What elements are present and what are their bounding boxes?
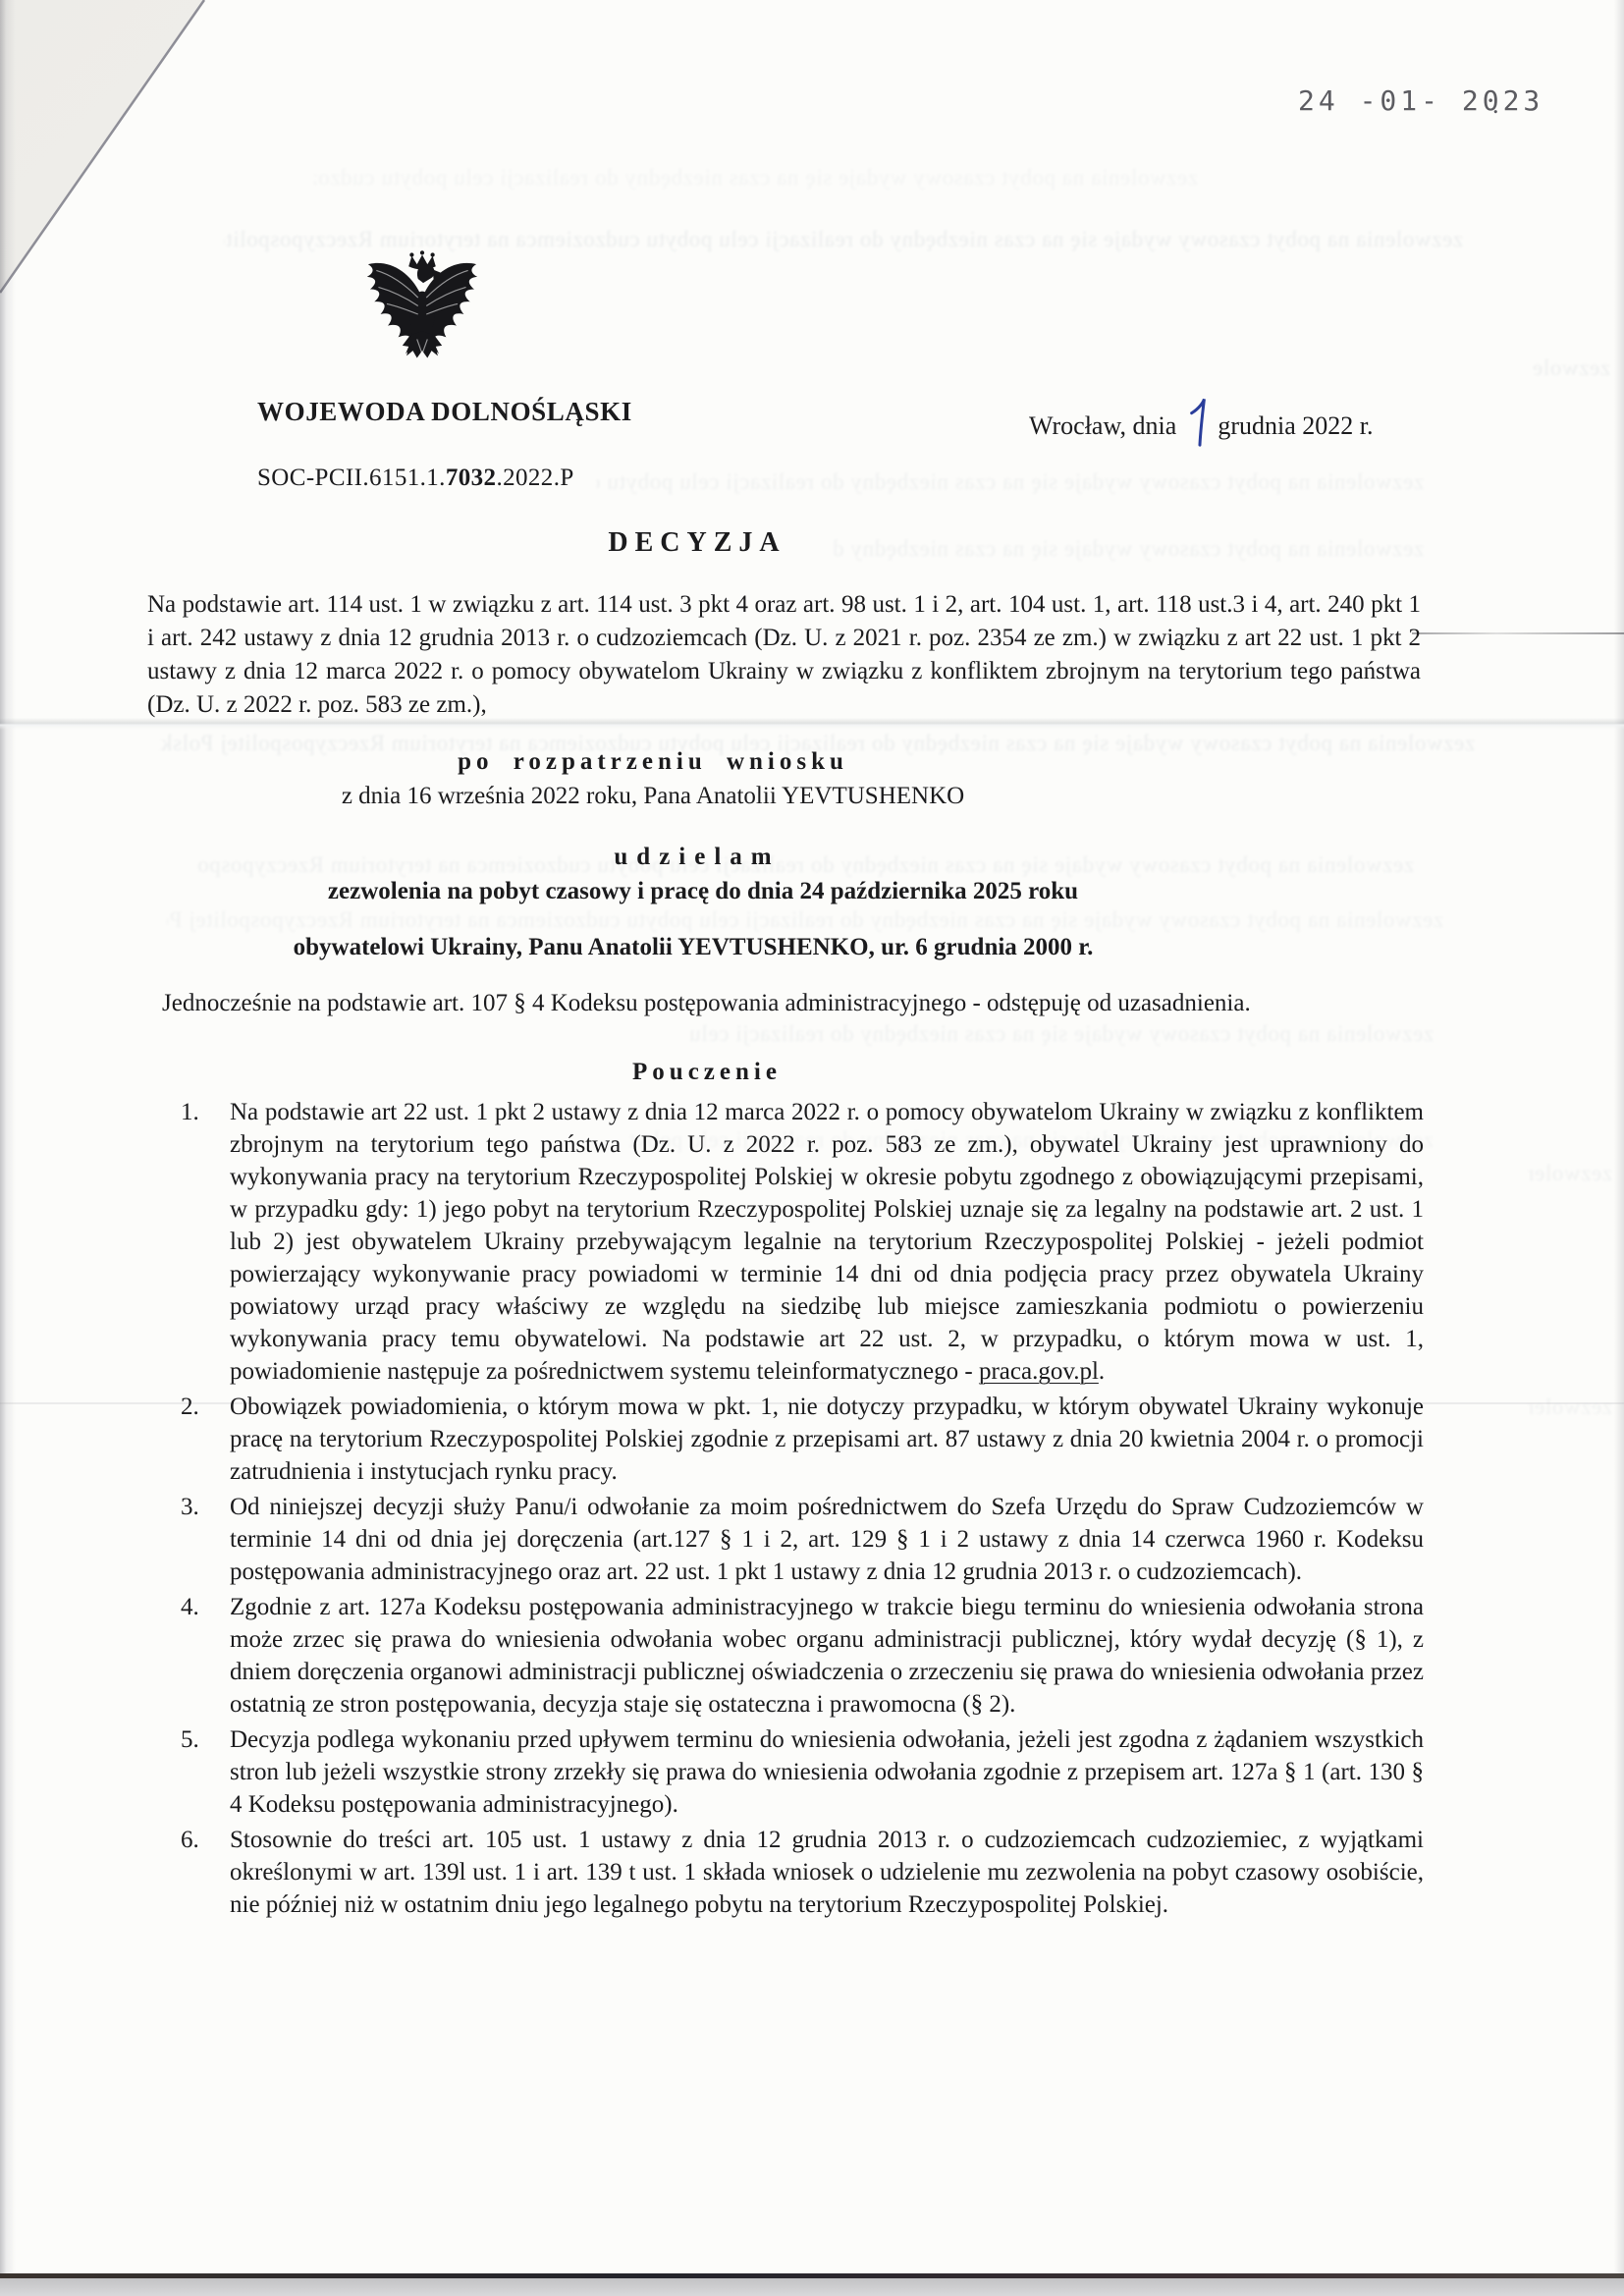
received-date-stamp: 24 -01- 2023 bbox=[1298, 84, 1543, 117]
scan-crease-right-segment bbox=[1412, 632, 1624, 634]
consideration-heading: po rozpatrzeniu wniosku bbox=[0, 748, 1306, 776]
bleedthrough-text: zezwolenia na pobyt czasowy wydaje się n… bbox=[1532, 355, 1610, 381]
scanned-decision-document: zezwolenia na pobyt czasowy wydaje się n… bbox=[0, 0, 1624, 2296]
justification-waiver-line: Jednocześnie na podstawie art. 107 § 4 K… bbox=[162, 990, 1434, 1017]
item-text: Na podstawie art 22 ust. 1 pkt 2 ustawy … bbox=[230, 1096, 1424, 1388]
place-date-suffix: grudnia 2022 r. bbox=[1218, 411, 1373, 440]
scan-left-edge-shadow bbox=[0, 0, 16, 2296]
scan-bottom-background bbox=[0, 2278, 1624, 2296]
item-number: 4. bbox=[181, 1591, 230, 1721]
item-number: 1. bbox=[181, 1096, 230, 1388]
item-text-before: Na podstawie art 22 ust. 1 pkt 2 ustawy … bbox=[230, 1099, 1424, 1385]
praca-gov-pl-link-text: praca.gov.pl bbox=[979, 1358, 1099, 1385]
item-number: 2. bbox=[181, 1391, 230, 1488]
bleedthrough-text: zezwolenia na pobyt czasowy wydaje się n… bbox=[687, 1021, 1434, 1047]
case-number-suffix: .2022.P bbox=[496, 465, 573, 491]
case-number-prefix: SOC-PCII.6151.1. bbox=[257, 465, 446, 491]
application-line: z dnia 16 września 2022 roku, Pana Anato… bbox=[0, 783, 1306, 810]
place-date-prefix: Wrocław, dnia bbox=[1029, 411, 1176, 440]
scan-fold-corner bbox=[0, 0, 204, 293]
pouczenie-item-5: 5. Decyzja podlega wykonaniu przed upływ… bbox=[181, 1723, 1424, 1821]
item-text: Od niniejszej decyzji służy Panu/i odwoł… bbox=[230, 1491, 1424, 1588]
legal-basis-paragraph: Na podstawie art. 114 ust. 1 w związku z… bbox=[147, 588, 1421, 722]
bleedthrough-text: zezwolenia na pobyt czasowy wydaje się n… bbox=[314, 165, 1198, 191]
issuing-authority-name: WOJEWODA DOLNOŚLĄSKI bbox=[257, 397, 632, 427]
item-text: Zgodnie z art. 127a Kodeksu postępowania… bbox=[230, 1591, 1424, 1721]
bleedthrough-text: zezwolenia na pobyt czasowy wydaje się n… bbox=[597, 469, 1424, 495]
pouczenie-heading: Pouczenie bbox=[0, 1059, 1414, 1086]
bleedthrough-text: zezwolenia na pobyt czasowy wydaje się n… bbox=[167, 907, 1443, 933]
bleedthrough-text: zezwolenia na pobyt czasowy wydaje się n… bbox=[1528, 1394, 1612, 1420]
item-text: Stosownie do treści art. 105 ust. 1 usta… bbox=[230, 1824, 1424, 1921]
item-text-after: . bbox=[1099, 1358, 1105, 1385]
pouczenie-list: 1. Na podstawie art 22 ust. 1 pkt 2 usta… bbox=[181, 1096, 1424, 1924]
handwritten-day-number bbox=[1185, 396, 1212, 455]
grant-beneficiary-line: obywatelowi Ukrainy, Panu Anatolii YEVTU… bbox=[0, 934, 1386, 961]
pouczenie-item-2: 2. Obowiązek powiadomienia, o którym mow… bbox=[181, 1391, 1424, 1488]
item-number: 6. bbox=[181, 1824, 230, 1921]
stamp-dot-mark: . bbox=[1492, 90, 1499, 120]
scan-right-edge-shadow bbox=[1614, 0, 1624, 2296]
item-number: 5. bbox=[181, 1723, 230, 1821]
place-and-date-line: Wrocław, dnia grudnia 2022 r. bbox=[1029, 397, 1373, 455]
item-text: Obowiązek powiadomienia, o którym mowa w… bbox=[230, 1391, 1424, 1488]
bleedthrough-text: zezwolenia na pobyt czasowy wydaje się n… bbox=[1528, 1161, 1612, 1186]
pouczenie-item-4: 4. Zgodnie z art. 127a Kodeksu postępowa… bbox=[181, 1591, 1424, 1721]
item-text: Decyzja podlega wykonaniu przed upływem … bbox=[230, 1723, 1424, 1821]
item-number: 3. bbox=[181, 1491, 230, 1588]
grant-scope-line: zezwolenia na pobyt czasowy i pracę do d… bbox=[0, 878, 1406, 905]
decision-title: DECYZJA bbox=[0, 527, 1394, 559]
polish-eagle-icon bbox=[359, 246, 485, 383]
pouczenie-item-6: 6. Stosownie do treści art. 105 ust. 1 u… bbox=[181, 1824, 1424, 1921]
pouczenie-item-3: 3. Od niniejszej decyzji służy Panu/i od… bbox=[181, 1491, 1424, 1588]
pouczenie-item-1: 1. Na podstawie art 22 ust. 1 pkt 2 usta… bbox=[181, 1096, 1424, 1388]
case-reference-number: SOC-PCII.6151.1.7032.2022.P bbox=[257, 465, 574, 492]
grant-verb: udzielam bbox=[0, 844, 1394, 871]
case-number-bold-part: 7032 bbox=[446, 465, 497, 491]
